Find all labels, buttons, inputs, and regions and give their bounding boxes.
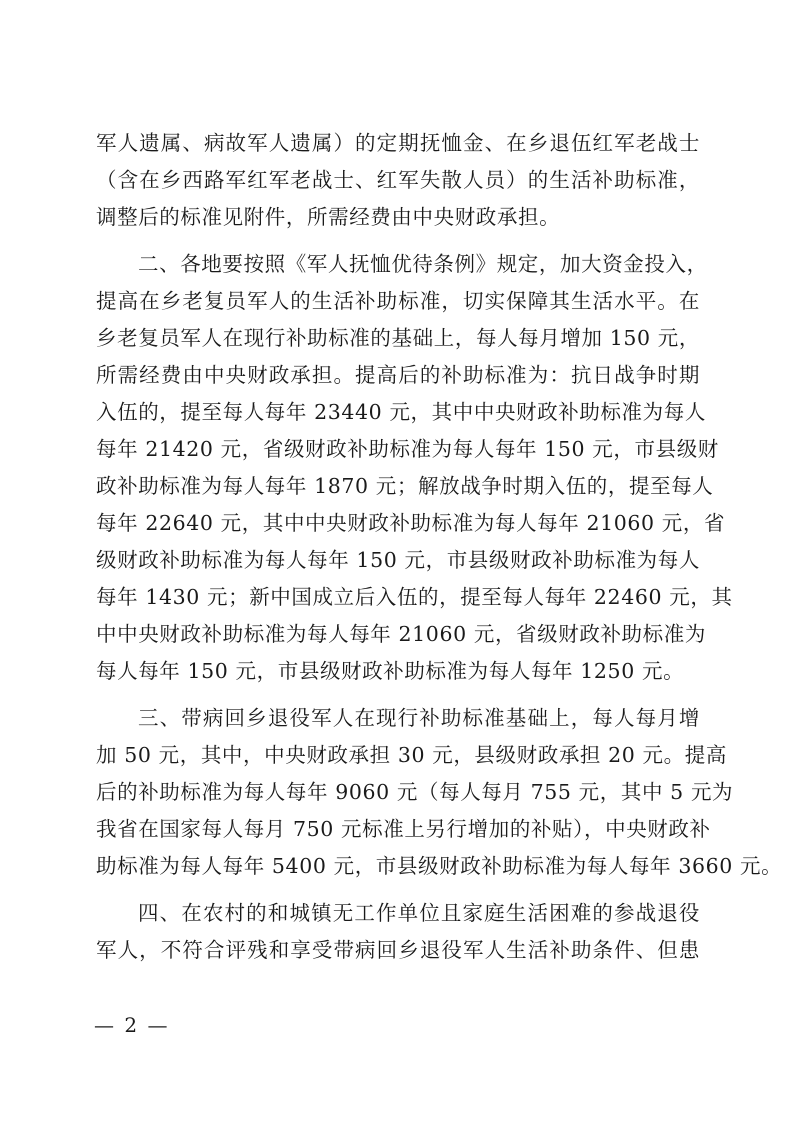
text-line: 加 50 元，其中，中央财政承担 30 元，县级财政承担 20 元。提高: [96, 737, 700, 774]
text-line: 每年 1430 元；新中国成立后入伍的，提至每人每年 22460 元，其: [96, 579, 700, 616]
text-line: 乡老复员军人在现行补助标准的基础上，每人每月增加 150 元，: [96, 320, 700, 357]
text-line: 军人遗属、病故军人遗属）的定期抚恤金、在乡退伍红军老战士: [96, 125, 700, 162]
text-line: 每人每年 150 元，市县级财政补助标准为每人每年 1250 元。: [96, 653, 700, 690]
text-line: 三、带病回乡退役军人在现行补助标准基础上，每人每月增: [96, 700, 700, 737]
paragraph-section-4: 四、在农村的和城镇无工作单位且家庭生活困难的参战退役 军人，不符合评残和享受带病…: [96, 895, 700, 969]
text-line: 我省在国家每人每月 750 元标准上另行增加的补贴），中央财政补: [96, 811, 700, 848]
paragraph-continuation: 军人遗属、病故军人遗属）的定期抚恤金、在乡退伍红军老战士 （含在乡西路军红军老战…: [96, 125, 700, 236]
text-line: 所需经费由中央财政承担。提高后的补助标准为：抗日战争时期: [96, 357, 700, 394]
page-number: — 2 —: [94, 1013, 169, 1037]
text-line: （含在乡西路军红军老战士、红军失散人员）的生活补助标准，: [96, 162, 700, 199]
text-line: 入伍的，提至每人每年 23440 元，其中中央财政补助标准为每人: [96, 394, 700, 431]
text-line: 军人，不符合评残和享受带病回乡退役军人生活补助条件、但患: [96, 932, 700, 969]
text-line: 政补助标准为每人每年 1870 元；解放战争时期入伍的，提至每人: [96, 468, 700, 505]
text-line: 二、各地要按照《军人抚恤优待条例》规定，加大资金投入，: [96, 246, 700, 283]
text-line: 每年 22640 元，其中中央财政补助标准为每人每年 21060 元，省: [96, 505, 700, 542]
text-line: 助标准为每人每年 5400 元，市县级财政补助标准为每人每年 3660 元。: [96, 848, 700, 885]
text-line: 级财政补助标准为每人每年 150 元，市县级财政补助标准为每人: [96, 542, 700, 579]
text-line: 调整后的标准见附件，所需经费由中央财政承担。: [96, 199, 700, 236]
text-line: 提高在乡老复员军人的生活补助标准，切实保障其生活水平。在: [96, 283, 700, 320]
text-line: 四、在农村的和城镇无工作单位且家庭生活困难的参战退役: [96, 895, 700, 932]
text-line: 每年 21420 元，省级财政补助标准为每人每年 150 元，市县级财: [96, 431, 700, 468]
paragraph-section-2: 二、各地要按照《军人抚恤优待条例》规定，加大资金投入， 提高在乡老复员军人的生活…: [96, 246, 700, 690]
document-body: 军人遗属、病故军人遗属）的定期抚恤金、在乡退伍红军老战士 （含在乡西路军红军老战…: [96, 125, 700, 969]
paragraph-section-3: 三、带病回乡退役军人在现行补助标准基础上，每人每月增 加 50 元，其中，中央财…: [96, 700, 700, 885]
text-line: 中中央财政补助标准为每人每年 21060 元，省级财政补助标准为: [96, 616, 700, 653]
text-line: 后的补助标准为每人每年 9060 元（每人每月 755 元，其中 5 元为: [96, 774, 700, 811]
